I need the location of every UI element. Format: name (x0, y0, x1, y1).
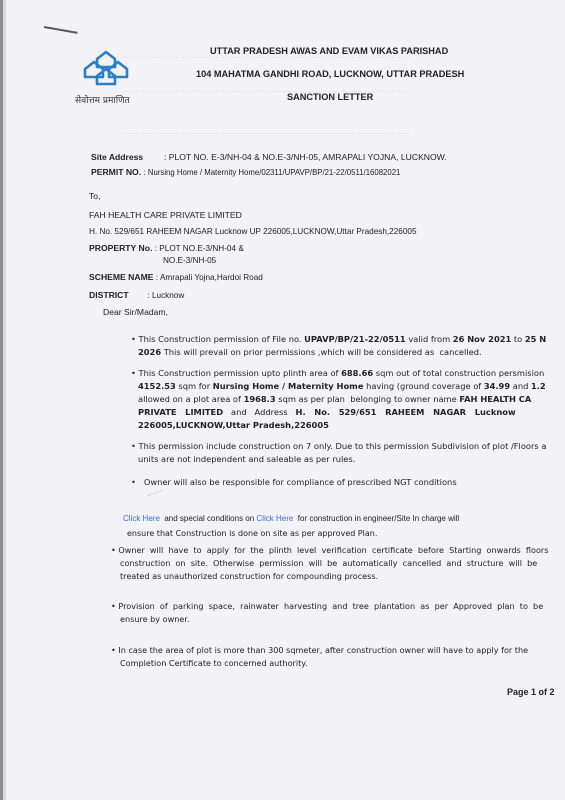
recipient-address: H. No. 529/651 RAHEEM NAGAR Lucknow UP 2… (89, 227, 417, 236)
to-label: To, (89, 191, 100, 201)
lower-bullet-2-line2: ensure by owner. (120, 614, 190, 624)
bleed-through-text: ........................................… (120, 128, 409, 137)
property-label: PROPERTY No. (89, 243, 152, 253)
list-item: • This permission include construction o… (131, 440, 546, 466)
lower-bullet-3-line2: Completion Certificate to concerned auth… (120, 658, 308, 668)
scan-edge-shadow (3, 0, 6, 800)
bullet-1-line1: This Construction permission of File no.… (139, 334, 547, 344)
scheme-label: SCHEME NAME (89, 272, 153, 282)
list-item: • This Construction permission upto plin… (131, 367, 546, 432)
links-mid-text: and special conditions on (160, 514, 257, 523)
bullet-2-line4: PRIVATE LIMITED and Address H. No. 529/6… (138, 407, 516, 417)
page-title: SANCTION LETTER (287, 92, 373, 102)
bullet-2-line2: 4152.53 sqm for Nursing Home / Maternity… (138, 381, 546, 391)
four-houses-logo-icon (82, 50, 130, 86)
links-paragraph: Click Here and special conditions on Cli… (123, 514, 459, 523)
bullet-1-line2: 2026 This will prevail on prior permissi… (138, 347, 482, 357)
permit-value: : Nursing Home / Maternity Home/02311/UP… (144, 168, 401, 177)
lower-bullet-3-line1: In case the area of plot is more than 30… (118, 645, 528, 655)
district-row: DISTRICT : Lucknow (89, 290, 184, 300)
bullet-icon: • (131, 334, 139, 344)
logo-caption: सेवोत्तम प्रमाणित (75, 93, 130, 106)
recipient-name: FAH HEALTH CARE PRIVATE LIMITED (89, 210, 242, 220)
property-value-line1: : PLOT NO.E-3/NH-04 & (155, 244, 244, 253)
scheme-value: : Amrapali Yojna,Hardoi Road (156, 273, 263, 282)
lower-bullet-1-line1: Owner will have to apply for the plinth … (118, 545, 548, 555)
bullet-3-line2: units are not independent and saleable a… (138, 454, 355, 464)
links-tail-text: for construction in engineer/Site In cha… (293, 514, 459, 523)
list-item: • In case the area of plot is more than … (111, 644, 528, 670)
property-value-line2: NO.E-3/NH-05 (163, 256, 216, 265)
site-address-value: : PLOT NO. E-3/NH-04 & NO.E-3/NH-05, AMR… (164, 152, 447, 162)
lower-bullet-1-line3: treated as unauthorized construction for… (120, 571, 378, 581)
bullet-2-line3: allowed on a plot area of 1968.3 sqm as … (138, 394, 531, 404)
list-item: • Owner will have to apply for the plint… (111, 544, 548, 583)
click-here-link-2[interactable]: Click Here (256, 514, 293, 523)
district-label: DISTRICT (89, 290, 129, 300)
lower-bullet-1-line2: construction on site. Otherwise permissi… (120, 558, 537, 568)
site-address-label: Site Address (91, 152, 143, 162)
page-number: Page 1 of 2 (507, 687, 555, 697)
bullet-4-line1: Owner will also be responsible for compl… (144, 477, 457, 487)
org-address: 104 MAHATMA GANDHI ROAD, LUCKNOW, UTTAR … (196, 69, 464, 79)
site-address-row: Site Address : PLOT NO. E-3/NH-04 & NO.E… (91, 152, 447, 162)
bullet-3-line1: This permission include construction on … (139, 441, 547, 451)
permit-row: PERMIT NO. : Nursing Home / Maternity Ho… (91, 167, 400, 177)
bullet-2-line1: This Construction permission upto plinth… (139, 368, 545, 378)
list-item: • This Construction permission of File n… (131, 333, 546, 359)
district-value: : Lucknow (147, 291, 184, 300)
list-item: • Provision of parking space, rainwater … (111, 600, 543, 626)
scan-smudge (148, 490, 166, 504)
salutation: Dear Sir/Madam, (103, 307, 168, 317)
click-here-link-1[interactable]: Click Here (123, 514, 160, 523)
links-paragraph-line2: ensure that Construction is done on site… (127, 527, 377, 540)
scheme-row: SCHEME NAME : Amrapali Yojna,Hardoi Road (89, 272, 263, 282)
bullet-icon: • (131, 441, 139, 451)
bullet-2-line5: 226005,LUCKNOW,Uttar Pradesh,226005 (138, 420, 329, 430)
org-name: UTTAR PRADESH AWAS AND EVAM VIKAS PARISH… (210, 46, 448, 56)
staple-mark (44, 26, 78, 34)
bullet-icon: • (131, 368, 139, 378)
lower-bullet-2-line1: Provision of parking space, rainwater ha… (118, 601, 543, 611)
list-item: • Owner will also be responsible for com… (131, 476, 457, 489)
permit-label: PERMIT NO. (91, 167, 141, 177)
property-row: PROPERTY No. : PLOT NO.E-3/NH-04 & (89, 243, 244, 253)
bullet-icon: • (131, 477, 144, 487)
